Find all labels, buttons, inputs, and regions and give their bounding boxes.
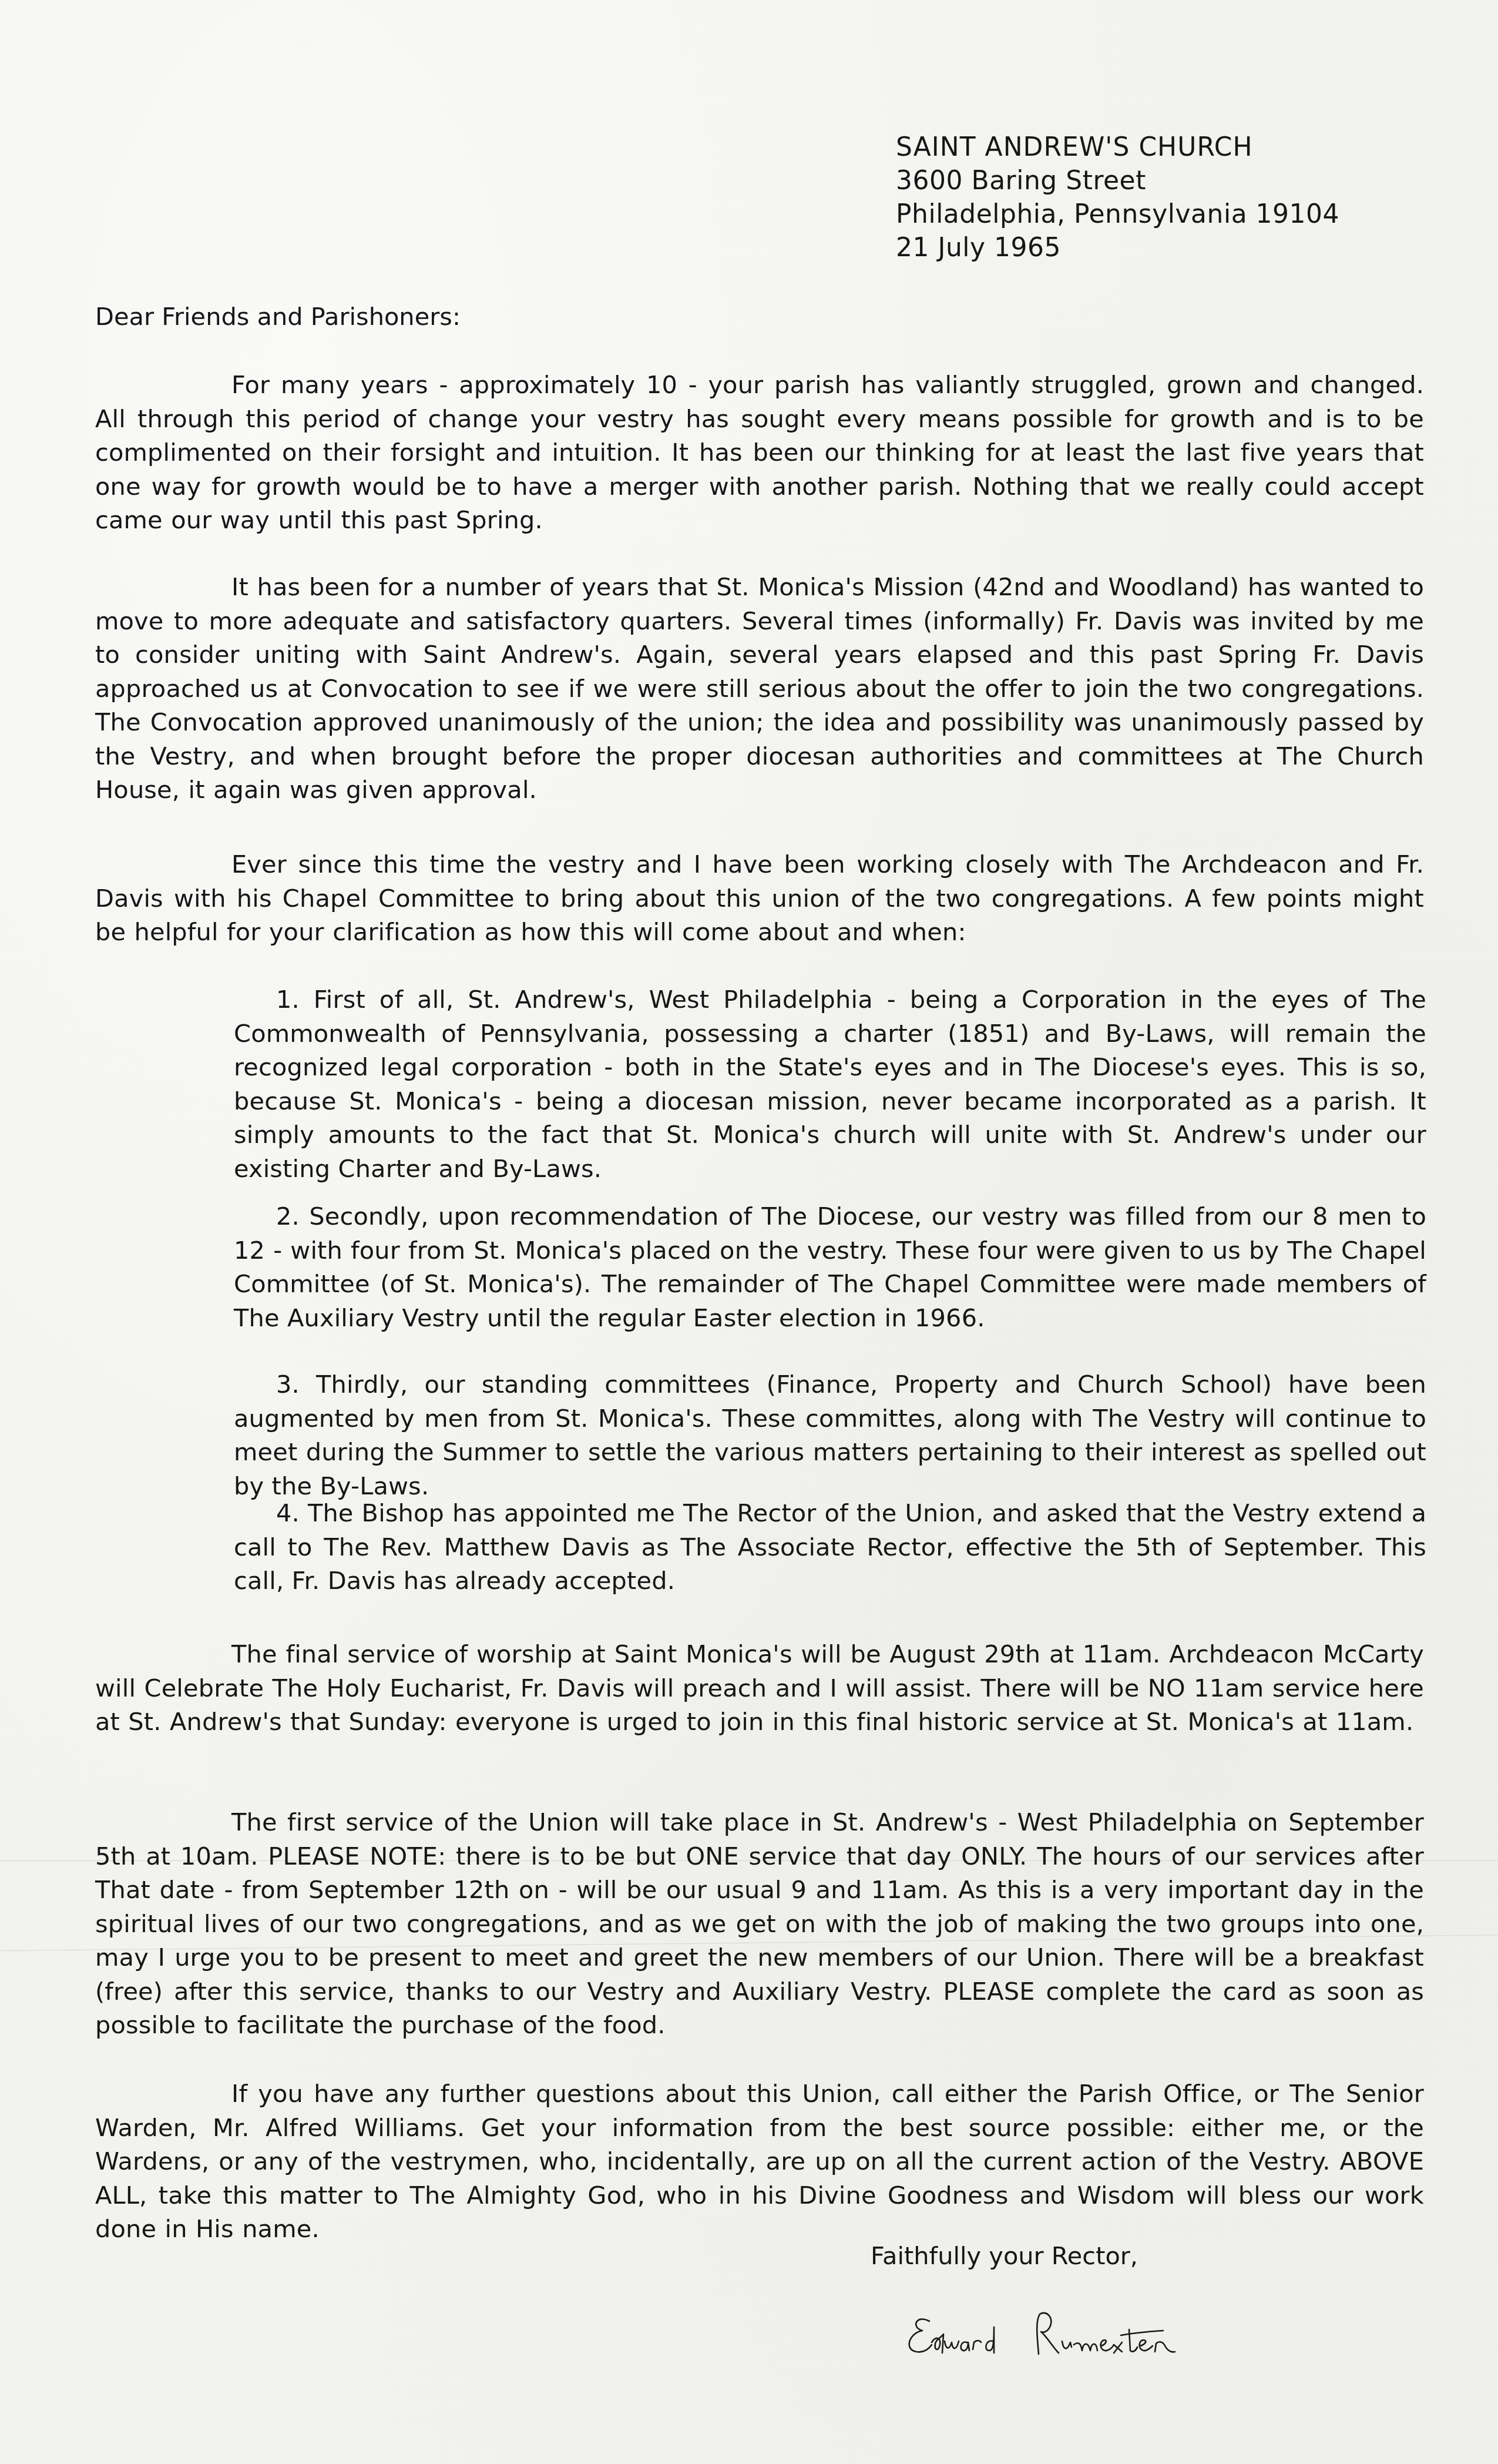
point-2-vestry: 2. Secondly, upon recommendation of The … xyxy=(234,1199,1426,1335)
point-1-corporation: 1. First of all, St. Andrew's, West Phil… xyxy=(234,983,1426,1185)
city-state-zip: Philadelphia, Pennsylvania 19104 xyxy=(896,197,1339,231)
point-4-rector: 4. The Bishop has appointed me The Recto… xyxy=(234,1496,1426,1598)
paragraph-intro: For many years - approximately 10 - your… xyxy=(95,368,1424,537)
paragraph-first-union-service: The first service of the Union will take… xyxy=(95,1805,1424,2042)
salutation: Dear Friends and Parishoners: xyxy=(95,300,461,333)
valediction: Faithfully your Rector, xyxy=(871,2239,1138,2272)
handwritten-signature: Edward Riemeister xyxy=(899,2304,1263,2368)
point-3-committees: 3. Thirdly, our standing committees (Fin… xyxy=(234,1367,1426,1503)
letter-date: 21 July 1965 xyxy=(896,231,1339,264)
paragraph-st-monicas-history: It has been for a number of years that S… xyxy=(95,570,1424,807)
paragraph-working-together: Ever since this time the vestry and I ha… xyxy=(95,847,1424,949)
church-name: SAINT ANDREW'S CHURCH xyxy=(896,130,1339,164)
letterhead: SAINT ANDREW'S CHURCH 3600 Baring Street… xyxy=(896,130,1339,264)
street-address: 3600 Baring Street xyxy=(896,164,1339,197)
paragraph-further-questions: If you have any further questions about … xyxy=(95,2077,1424,2246)
signature-scribble-icon xyxy=(899,2304,1263,2368)
paragraph-final-service: The final service of worship at Saint Mo… xyxy=(95,1637,1424,1739)
